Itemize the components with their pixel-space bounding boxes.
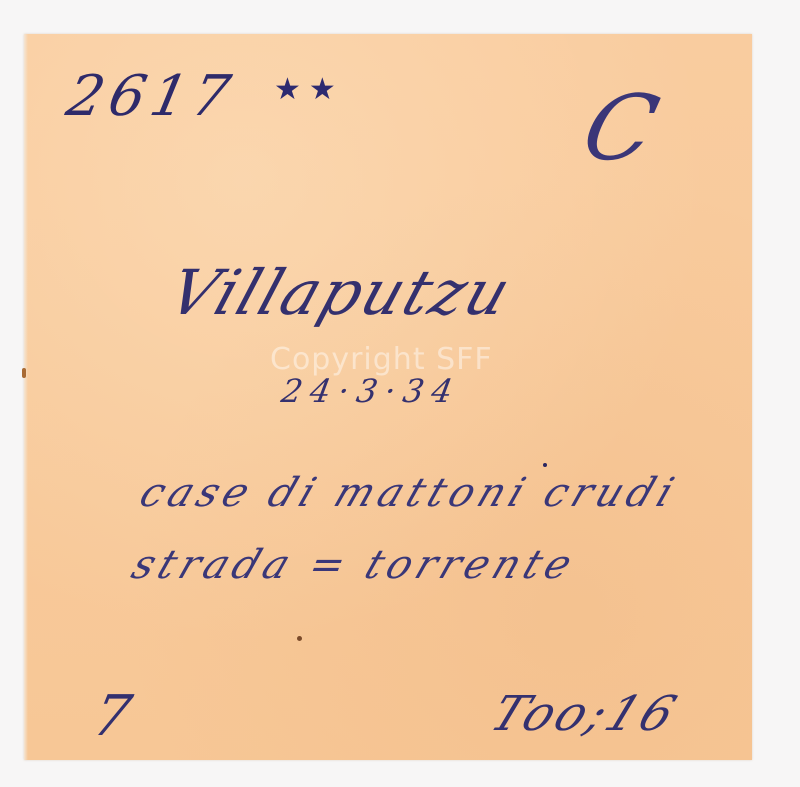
date: 24·3·34 (279, 372, 464, 410)
star-marks-icon: ★★ (274, 72, 344, 107)
archival-card: 2617 ★★ C Villaputzu 24·3·34 case di mat… (24, 34, 752, 760)
place-name: Villaputzu (160, 256, 521, 329)
paper-edge (24, 34, 28, 760)
copyright-watermark: Copyright SFF (270, 342, 493, 377)
bottom-right-reference: Too;16 (483, 686, 687, 742)
edge-stain (22, 368, 26, 378)
catalog-number: 2617 (61, 64, 241, 129)
note-line-2: strada = torrente (126, 542, 583, 588)
note-line-1: case di mattoni crudi (134, 470, 685, 516)
paper-speck (297, 636, 302, 641)
ink-dot (543, 463, 547, 467)
section-letter: C (573, 76, 669, 181)
bottom-left-mark: 7 (81, 684, 144, 749)
